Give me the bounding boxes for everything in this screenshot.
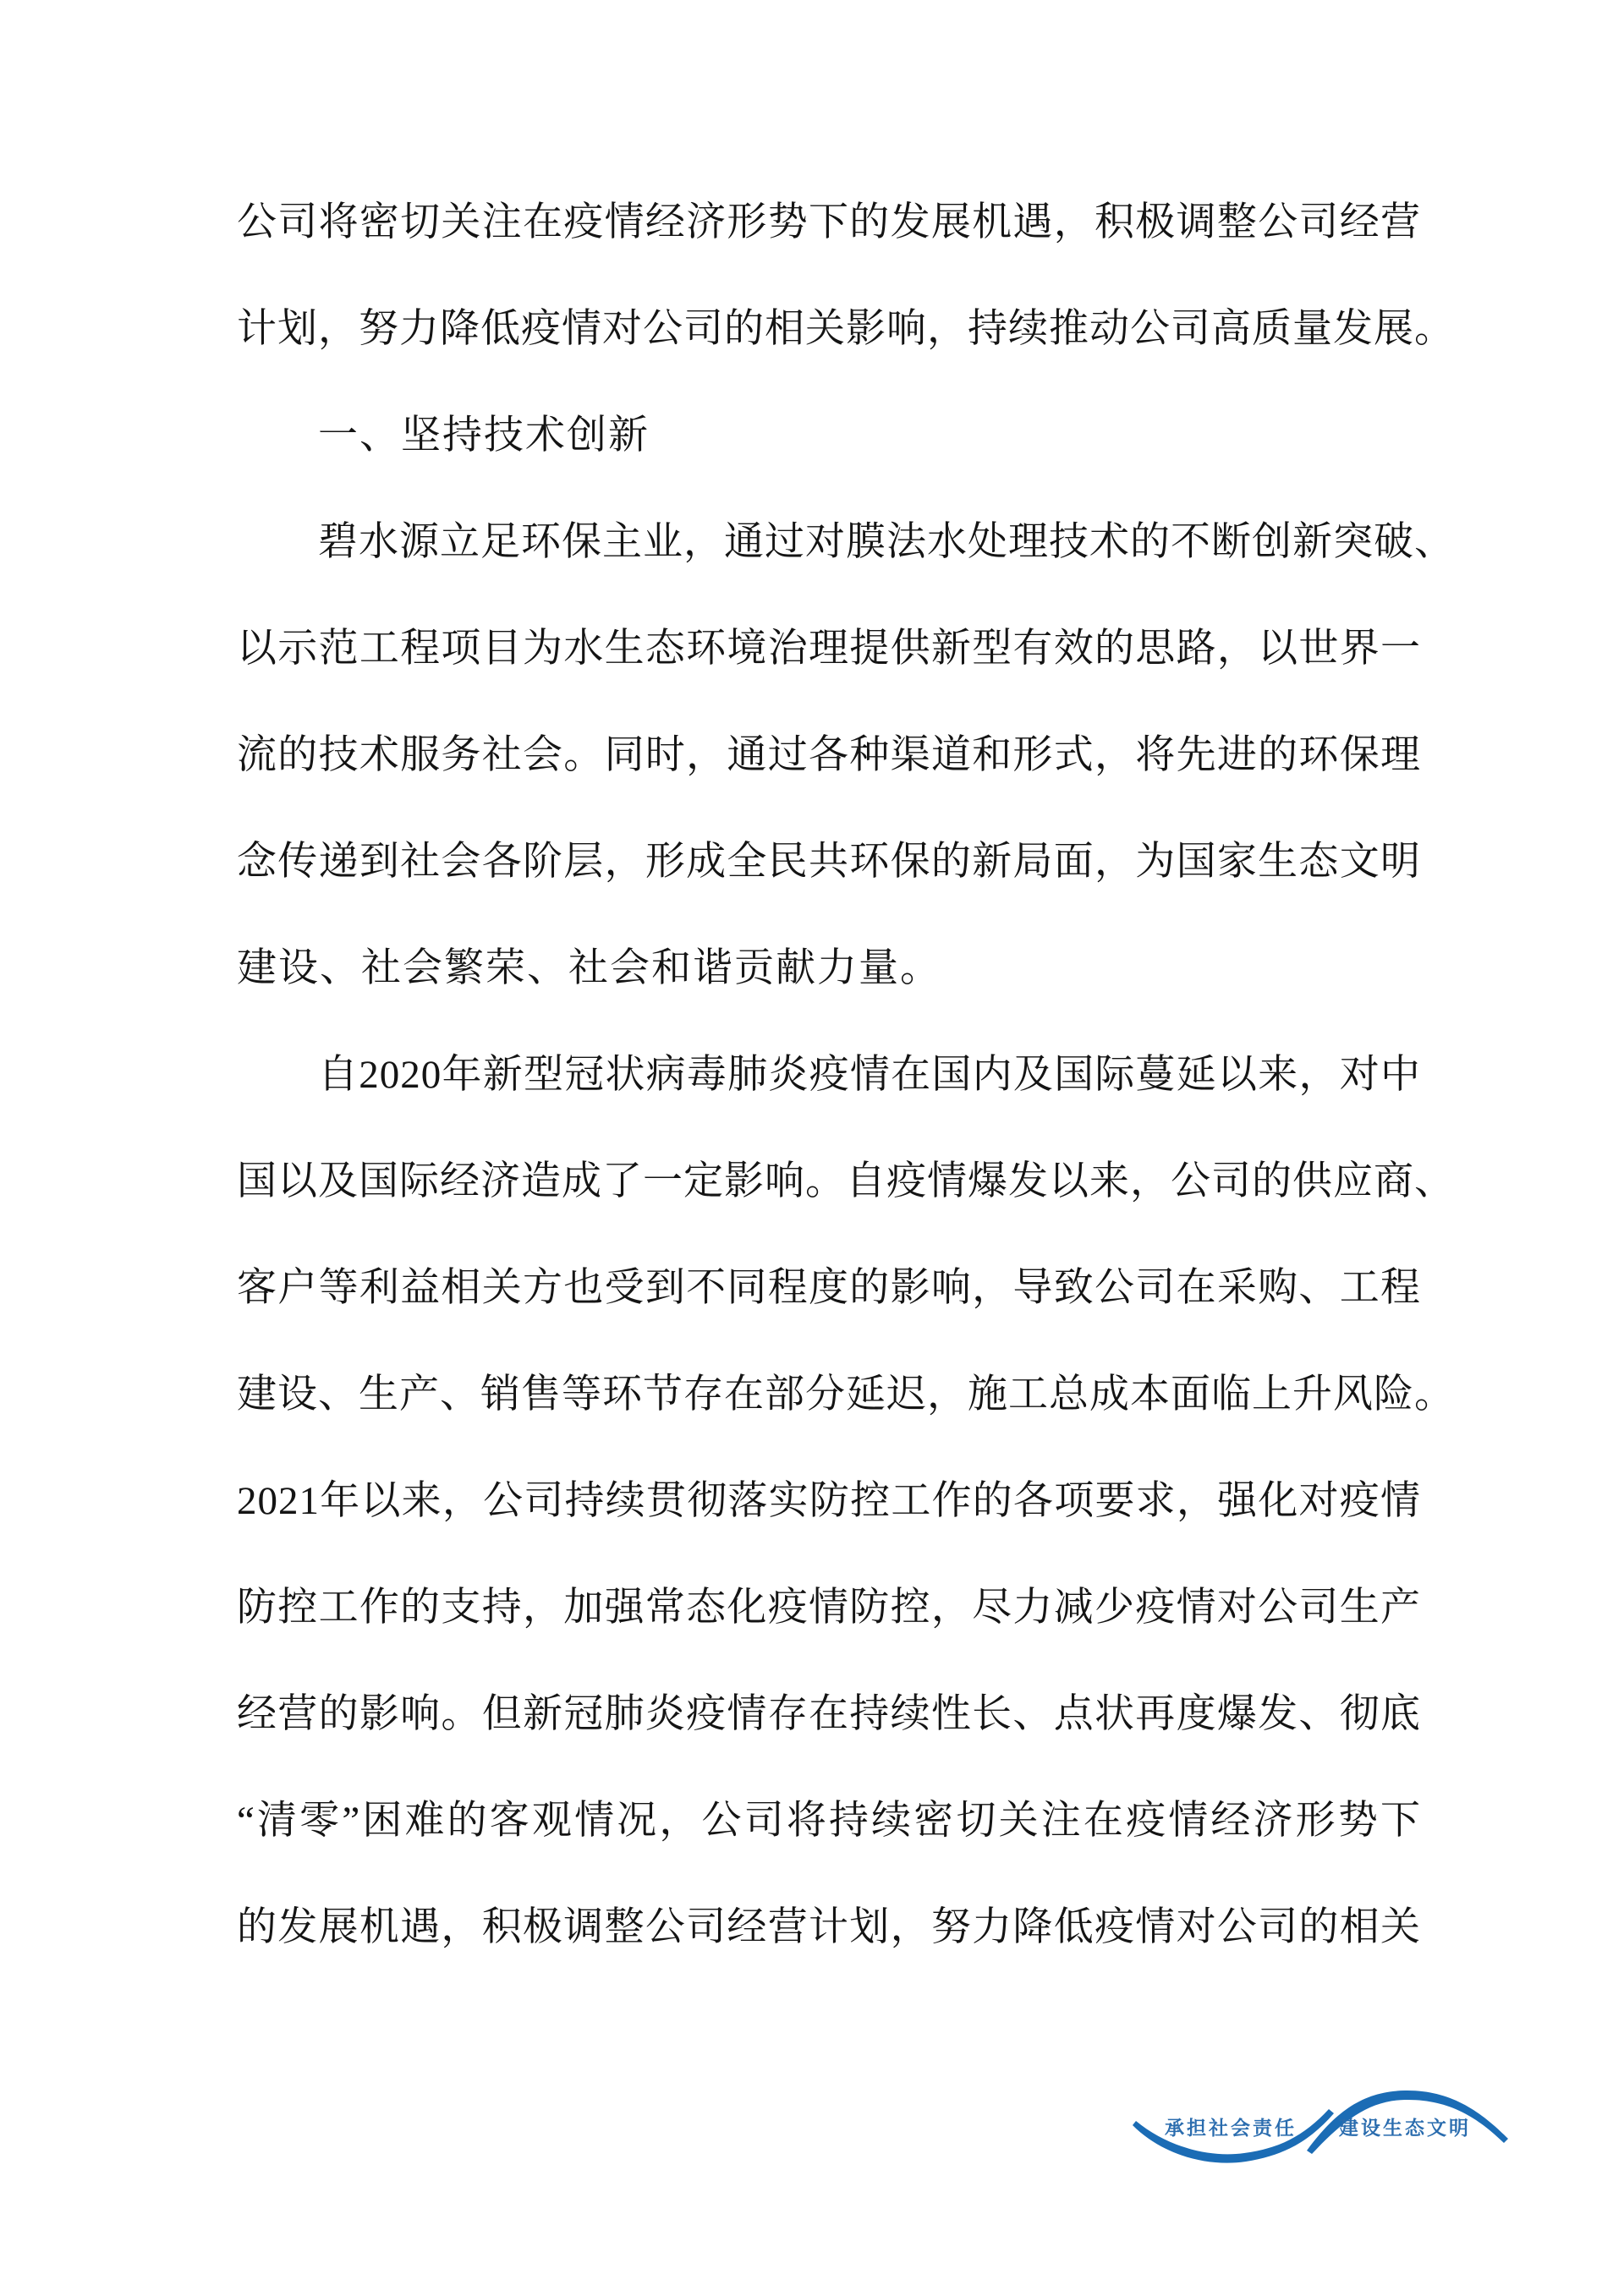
text-line: 念传递到社会各阶层，形成全民共环保的新局面，为国家生态文明	[237, 808, 1421, 915]
text-line: 碧水源立足环保主业，通过对膜法水处理技术的不断创新突破、	[237, 489, 1421, 595]
document-body: 公司将密切关注在疫情经济形势下的发展机遇，积极调整公司经营 计划，努力降低疫情对…	[237, 169, 1421, 1981]
logo-slogan-left: 承担社会责任	[1165, 2117, 1297, 2139]
text-line: 建设、社会繁荣、社会和谐贡献力量。	[237, 915, 1421, 1022]
text-line: 国以及国际经济造成了一定影响。自疫情爆发以来，公司的供应商、	[237, 1128, 1421, 1235]
text-line: 以示范工程项目为水生态环境治理提供新型有效的思路，以世界一	[237, 595, 1421, 702]
text-line: 经营的影响。但新冠肺炎疫情存在持续性长、点状再度爆发、彻底	[237, 1661, 1421, 1767]
section-heading: 一、坚持技术创新	[237, 382, 1421, 489]
text-line: 流的技术服务社会。同时，通过各种渠道和形式，将先进的环保理	[237, 702, 1421, 808]
text-line: 的发展机遇，积极调整公司经营计划，努力降低疫情对公司的相关	[237, 1874, 1421, 1981]
text-line: 自2020年新型冠状病毒肺炎疫情在国内及国际蔓延以来，对中	[237, 1022, 1421, 1128]
text-line: 公司将密切关注在疫情经济形势下的发展机遇，积极调整公司经营	[237, 169, 1421, 276]
text-line: “清零”困难的客观情况，公司将持续密切关注在疫情经济形势下	[237, 1767, 1421, 1874]
text-line: 计划，努力降低疫情对公司的相关影响，持续推动公司高质量发展。	[237, 276, 1421, 382]
text-line: 防控工作的支持，加强常态化疫情防控，尽力减少疫情对公司生产	[237, 1554, 1421, 1661]
document-page: 公司将密切关注在疫情经济形势下的发展机遇，积极调整公司经营 计划，努力降低疫情对…	[0, 0, 1624, 2296]
logo-slogan-right: 建设生态文明	[1339, 2117, 1471, 2139]
footer-logo: 承担社会责任 建设生态文明	[1127, 2059, 1517, 2173]
text-line: 客户等利益相关方也受到不同程度的影响，导致公司在采购、工程	[237, 1235, 1421, 1341]
text-line: 建设、生产、销售等环节存在部分延迟，施工总成本面临上升风险。	[237, 1341, 1421, 1448]
text-line: 2021年以来，公司持续贯彻落实防控工作的各项要求，强化对疫情	[237, 1448, 1421, 1554]
